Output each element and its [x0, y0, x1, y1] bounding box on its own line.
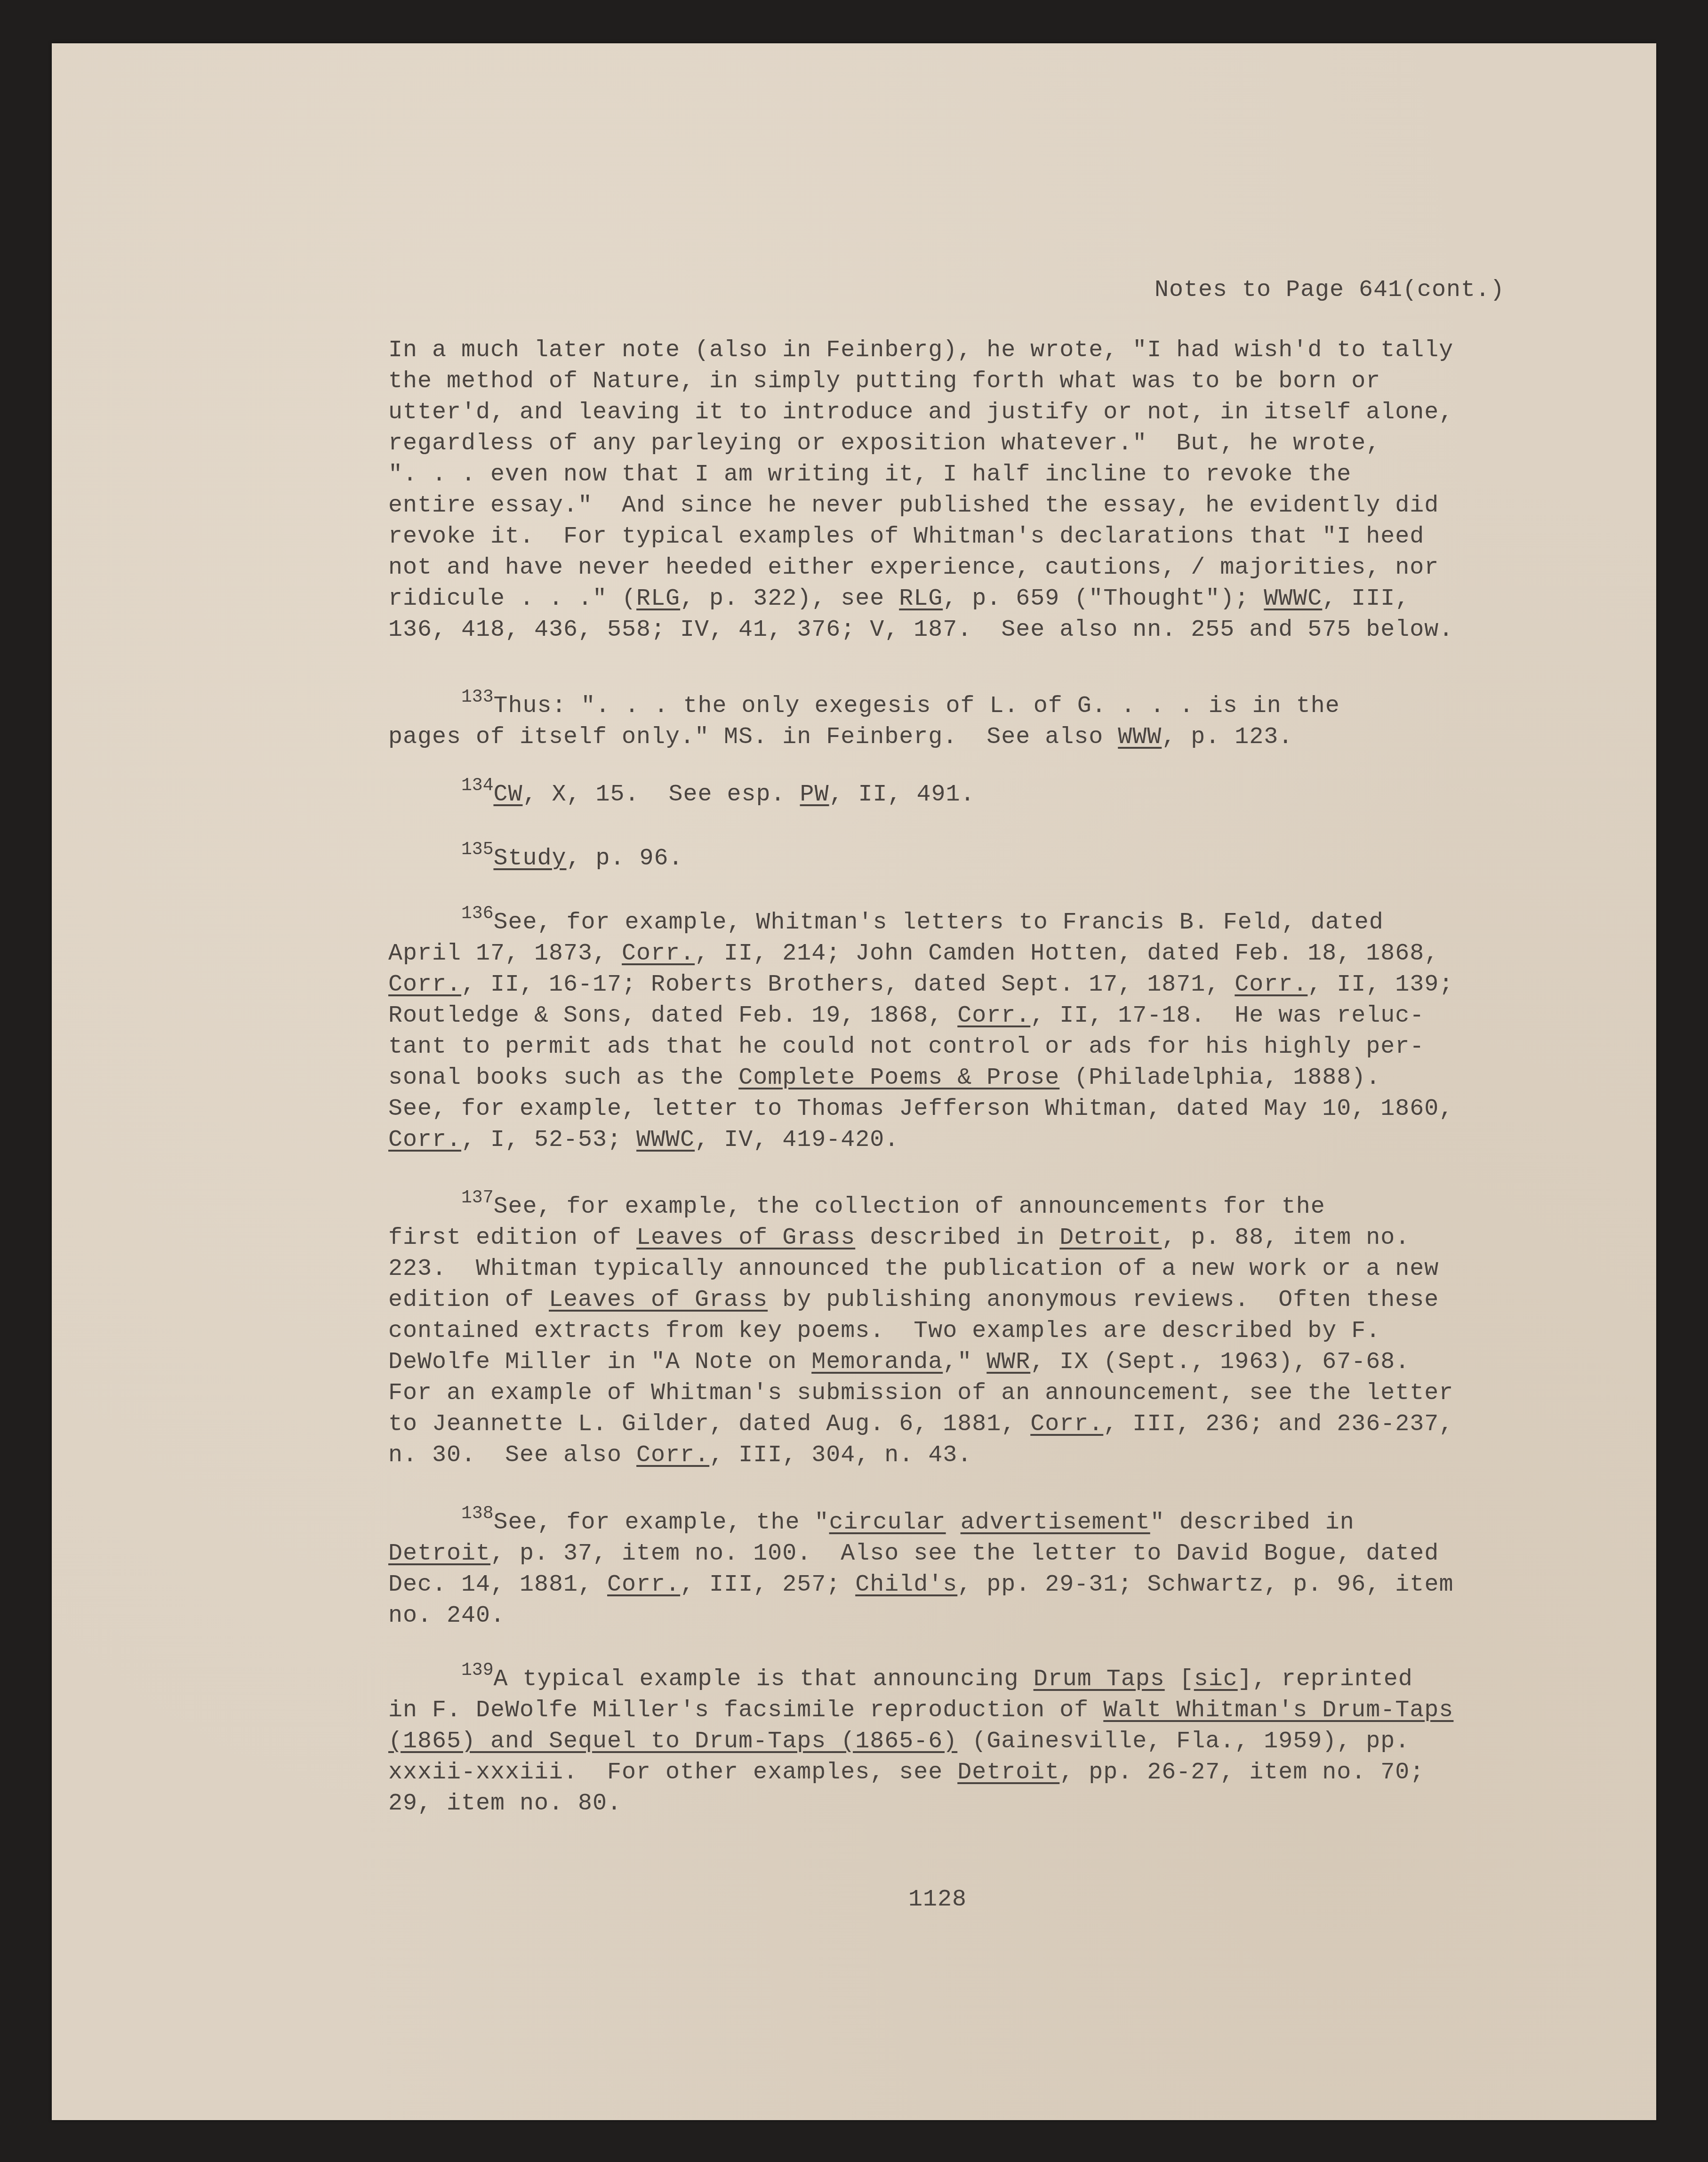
- underlined-title: Corr.: [607, 1571, 680, 1598]
- text-run: , pp. 29-31; Schwartz, p. 96, item: [957, 1571, 1453, 1598]
- text-run: entire essay." And since he never publis…: [388, 492, 1439, 519]
- text-line: 223. Whitman typically announced the pub…: [388, 1254, 1556, 1285]
- text-run: ridicule . . ." (: [388, 585, 636, 612]
- text-run: by publishing anonymous reviews. Often t…: [768, 1287, 1439, 1313]
- text-line: For an example of Whitman's submission o…: [388, 1378, 1556, 1409]
- text-run: , I, 52-53;: [461, 1127, 636, 1153]
- footnote-number: 134: [461, 776, 493, 796]
- text-run: described in: [855, 1225, 1059, 1251]
- text-line: to Jeannette L. Gilder, dated Aug. 6, 18…: [388, 1409, 1556, 1440]
- text-run: , p. 96.: [566, 845, 683, 872]
- text-line: In a much later note (also in Feinberg),…: [388, 335, 1556, 366]
- text-run: in F. DeWolfe Miller's facsimile reprodu…: [388, 1697, 1103, 1724]
- text-run: , II, 16-17; Roberts Brothers, dated Sep…: [461, 971, 1235, 998]
- text-run: not and have never heeded either experie…: [388, 554, 1439, 581]
- footnote-132-continuation: In a much later note (also in Feinberg),…: [388, 335, 1556, 646]
- text-line: ridicule . . ." (RLG, p. 322), see RLG, …: [388, 584, 1556, 615]
- footnote-number: 135: [461, 840, 493, 860]
- underlined-title: sic: [1194, 1666, 1238, 1693]
- text-run: , pp. 26-27, item no. 70;: [1059, 1759, 1424, 1786]
- text-line: xxxii-xxxiii. For other examples, see De…: [388, 1757, 1556, 1788]
- underlined-title: CW: [493, 781, 522, 808]
- text-run: Routledge & Sons, dated Feb. 19, 1868,: [388, 1002, 957, 1029]
- text-run: , p. 659 ("Thought");: [943, 585, 1264, 612]
- footnote-number: 137: [461, 1188, 493, 1208]
- underlined-title: Leaves of Grass: [549, 1287, 768, 1313]
- text-line: 134CW, X, 15. See esp. PW, II, 491.: [388, 779, 1556, 810]
- text-run: ". . . even now that I am writing it, I …: [388, 461, 1351, 488]
- text-run: 136, 418, 436, 558; IV, 41, 376; V, 187.…: [388, 617, 1453, 643]
- text-run: , p. 37, item no. 100. Also see the lett…: [490, 1540, 1439, 1567]
- text-line: Routledge & Sons, dated Feb. 19, 1868, C…: [388, 1001, 1556, 1032]
- paragraph-indent: [388, 781, 461, 808]
- text-run: (Gainesville, Fla., 1959), pp.: [957, 1728, 1410, 1755]
- underlined-title: PW: [800, 781, 829, 808]
- text-run: , X, 15. See esp.: [522, 781, 800, 808]
- text-run: , p. 322), see: [680, 585, 899, 612]
- footnote-134: 134CW, X, 15. See esp. PW, II, 491.: [388, 779, 1556, 810]
- underlined-title: Corr.: [957, 1002, 1030, 1029]
- running-head: Notes to Page 641(cont.): [1155, 275, 1505, 306]
- underlined-title: (1865) and Sequel to Drum-Taps (1865-6): [388, 1728, 957, 1755]
- text-line: first edition of Leaves of Grass describ…: [388, 1223, 1556, 1254]
- underlined-title: Corr.: [622, 940, 695, 967]
- underlined-title: advertisement: [961, 1509, 1150, 1536]
- text-run: revoke it. For typical examples of Whitm…: [388, 523, 1424, 550]
- text-line: regardless of any parleying or expositio…: [388, 428, 1556, 459]
- text-run: [: [1165, 1666, 1194, 1693]
- paragraph-indent: [388, 1509, 461, 1536]
- text-run: , III, 236; and 236-237,: [1103, 1411, 1453, 1438]
- text-run: regardless of any parleying or expositio…: [388, 430, 1380, 457]
- text-run: [946, 1509, 961, 1536]
- paragraph-indent: [388, 1193, 461, 1220]
- underlined-title: RLG: [636, 585, 680, 612]
- text-line: April 17, 1873, Corr., II, 214; John Cam…: [388, 938, 1556, 969]
- text-line: 29, item no. 80.: [388, 1788, 1556, 1819]
- underlined-title: Detroit: [957, 1759, 1059, 1786]
- text-line: (1865) and Sequel to Drum-Taps (1865-6) …: [388, 1726, 1556, 1757]
- underlined-title: Leaves of Grass: [636, 1225, 855, 1251]
- footnote-136: 136See, for example, Whitman's letters t…: [388, 907, 1556, 1156]
- text-run: For an example of Whitman's submission o…: [388, 1380, 1453, 1407]
- text-line: 136See, for example, Whitman's letters t…: [388, 907, 1556, 938]
- text-line: in F. DeWolfe Miller's facsimile reprodu…: [388, 1695, 1556, 1726]
- text-run: ], reprinted: [1238, 1666, 1413, 1693]
- text-run: tant to permit ads that he could not con…: [388, 1033, 1424, 1060]
- text-run: (Philadelphia, 1888).: [1059, 1065, 1380, 1091]
- text-run: to Jeannette L. Gilder, dated Aug. 6, 18…: [388, 1411, 1030, 1438]
- text-run: n. 30. See also: [388, 1442, 636, 1469]
- text-run: See, for example, the ": [493, 1509, 829, 1536]
- paragraph-indent: [388, 1666, 461, 1693]
- text-run: , III,: [1322, 585, 1410, 612]
- underlined-title: WWWC: [636, 1127, 695, 1153]
- text-line: utter'd, and leaving it to introduce and…: [388, 397, 1556, 428]
- text-line: Corr., II, 16-17; Roberts Brothers, date…: [388, 969, 1556, 1001]
- text-run: xxxii-xxxiii. For other examples, see: [388, 1759, 957, 1786]
- text-line: 138See, for example, the "circular adver…: [388, 1507, 1556, 1538]
- text-run: See, for example, Whitman's letters to F…: [493, 909, 1383, 936]
- underlined-title: Corr.: [1235, 971, 1307, 998]
- text-line: ". . . even now that I am writing it, I …: [388, 459, 1556, 490]
- underlined-title: Corr.: [388, 971, 461, 998]
- text-run: See, for example, letter to Thomas Jeffe…: [388, 1096, 1453, 1122]
- underlined-title: Corr.: [636, 1442, 709, 1469]
- text-line: no. 240.: [388, 1601, 1556, 1632]
- text-run: , III, 257;: [680, 1571, 855, 1598]
- underlined-title: RLG: [899, 585, 943, 612]
- footnote-number: 139: [461, 1660, 493, 1681]
- text-line: 137See, for example, the collection of a…: [388, 1192, 1556, 1223]
- underlined-title: circular: [829, 1509, 946, 1536]
- underlined-title: WWR: [986, 1349, 1030, 1376]
- footnote-number: 133: [461, 687, 493, 707]
- footnote-139: 139A typical example is that announcing …: [388, 1664, 1556, 1819]
- typescript-page: Notes to Page 641(cont.) In a much later…: [52, 43, 1656, 2120]
- underlined-title: Corr.: [1030, 1411, 1103, 1438]
- text-line: Detroit, p. 37, item no. 100. Also see t…: [388, 1538, 1556, 1569]
- text-line: entire essay." And since he never publis…: [388, 490, 1556, 521]
- text-run: contained extracts from key poems. Two e…: [388, 1318, 1380, 1345]
- text-run: the method of Nature, in simply putting …: [388, 368, 1380, 395]
- text-run: , II, 17-18. He was reluc-: [1030, 1002, 1424, 1029]
- text-line: 133Thus: ". . . the only exegesis of L. …: [388, 691, 1556, 722]
- footnote-135: 135Study, p. 96.: [388, 843, 1556, 874]
- text-run: , IX (Sept., 1963), 67-68.: [1030, 1349, 1410, 1376]
- text-run: 223. Whitman typically announced the pub…: [388, 1256, 1439, 1282]
- page-number: 1128: [908, 1884, 967, 1915]
- text-line: edition of Leaves of Grass by publishing…: [388, 1285, 1556, 1316]
- text-run: , II, 214; John Camden Hotten, dated Feb…: [695, 940, 1439, 967]
- text-run: 29, item no. 80.: [388, 1790, 622, 1817]
- text-run: , III, 304, n. 43.: [709, 1442, 972, 1469]
- text-run: pages of itself only." MS. in Feinberg. …: [388, 724, 1118, 751]
- paragraph-indent: [388, 845, 461, 872]
- text-run: " described in: [1150, 1509, 1355, 1536]
- text-run: Thus: ". . . the only exegesis of L. of …: [493, 693, 1339, 720]
- text-line: tant to permit ads that he could not con…: [388, 1032, 1556, 1063]
- text-run: no. 240.: [388, 1602, 505, 1629]
- text-line: revoke it. For typical examples of Whitm…: [388, 521, 1556, 553]
- footnote-number: 138: [461, 1504, 493, 1524]
- text-line: 136, 418, 436, 558; IV, 41, 376; V, 187.…: [388, 615, 1556, 646]
- text-line: not and have never heeded either experie…: [388, 553, 1556, 584]
- underlined-title: Drum Taps: [1034, 1666, 1165, 1693]
- text-line: See, for example, letter to Thomas Jeffe…: [388, 1094, 1556, 1125]
- text-run: , p. 88, item no.: [1162, 1225, 1410, 1251]
- footnote-number: 136: [461, 904, 493, 924]
- text-line: Corr., I, 52-53; WWWC, IV, 419-420.: [388, 1125, 1556, 1156]
- text-line: Dec. 14, 1881, Corr., III, 257; Child's,…: [388, 1569, 1556, 1601]
- text-run: , IV, 419-420.: [695, 1127, 899, 1153]
- text-run: A typical example is that announcing: [493, 1666, 1033, 1693]
- text-line: 139A typical example is that announcing …: [388, 1664, 1556, 1695]
- underlined-title: WWW: [1118, 724, 1162, 751]
- text-line: the method of Nature, in simply putting …: [388, 366, 1556, 397]
- underlined-title: Memoranda: [811, 1349, 943, 1376]
- footnote-137: 137See, for example, the collection of a…: [388, 1192, 1556, 1471]
- text-run: utter'd, and leaving it to introduce and…: [388, 399, 1453, 426]
- text-run: , p. 123.: [1162, 724, 1293, 751]
- underlined-title: Detroit: [388, 1540, 490, 1567]
- text-run: , II, 139;: [1307, 971, 1453, 998]
- text-run: first edition of: [388, 1225, 636, 1251]
- paragraph-indent: [388, 693, 461, 720]
- text-line: pages of itself only." MS. in Feinberg. …: [388, 722, 1556, 753]
- paragraph-indent: [388, 909, 461, 936]
- text-run: ,": [943, 1349, 986, 1376]
- text-line: DeWolfe Miller in "A Note on Memoranda,"…: [388, 1347, 1556, 1378]
- text-run: April 17, 1873,: [388, 940, 622, 967]
- text-run: DeWolfe Miller in "A Note on: [388, 1349, 811, 1376]
- text-run: sonal books such as the: [388, 1065, 738, 1091]
- text-run: , II, 491.: [829, 781, 975, 808]
- underlined-title: WWWC: [1264, 585, 1322, 612]
- underlined-title: Study: [493, 845, 566, 872]
- underlined-title: Complete Poems & Prose: [738, 1065, 1059, 1091]
- underlined-title: Walt Whitman's Drum-Taps: [1103, 1697, 1453, 1724]
- text-line: 135Study, p. 96.: [388, 843, 1556, 874]
- footnote-138: 138See, for example, the "circular adver…: [388, 1507, 1556, 1632]
- text-line: sonal books such as the Complete Poems &…: [388, 1063, 1556, 1094]
- text-run: Dec. 14, 1881,: [388, 1571, 607, 1598]
- underlined-title: Detroit: [1059, 1225, 1162, 1251]
- text-line: n. 30. See also Corr., III, 304, n. 43.: [388, 1440, 1556, 1471]
- underlined-title: Corr.: [388, 1127, 461, 1153]
- text-line: contained extracts from key poems. Two e…: [388, 1316, 1556, 1347]
- footnote-133: 133Thus: ". . . the only exegesis of L. …: [388, 691, 1556, 753]
- underlined-title: Child's: [855, 1571, 957, 1598]
- text-run: edition of: [388, 1287, 549, 1313]
- text-run: See, for example, the collection of anno…: [493, 1193, 1325, 1220]
- text-run: In a much later note (also in Feinberg),…: [388, 337, 1453, 364]
